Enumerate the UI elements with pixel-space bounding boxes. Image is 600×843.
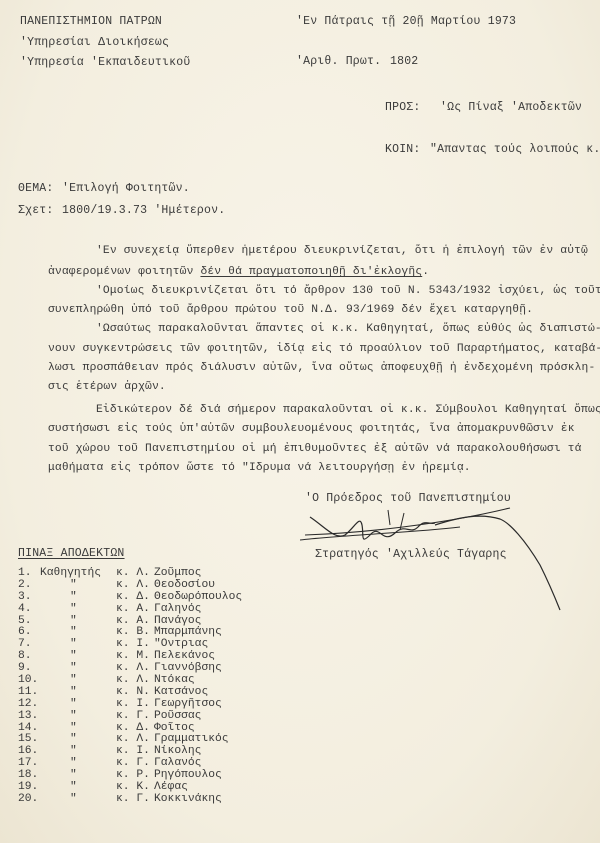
- row-role: ": [70, 592, 77, 604]
- row-number: 3.: [18, 592, 32, 604]
- body-line-7: λωσι προσπάθειαν πρός διάλυσιν αὐτῶν, ἵν…: [48, 362, 595, 374]
- row-role: ": [70, 699, 77, 711]
- body-line-1: 'Εν συνεχείᾳ ὕπερθεν ἡμετέρου διευκρινίζ…: [96, 245, 588, 257]
- row-title: κ. Γ.: [116, 794, 150, 806]
- row-number: 20.: [18, 794, 38, 806]
- body-line-5: 'Ωσαύτως παρακαλοῦνται ἅπαντες οἱ κ.κ. Κ…: [96, 323, 600, 335]
- row-name: Γεωργῆτσος: [154, 699, 222, 711]
- row-number: 13.: [18, 711, 38, 723]
- row-name: Θεοδωρόπουλος: [154, 592, 242, 604]
- reference-value: 1800/19.3.73 'Ημέτερον.: [62, 204, 225, 217]
- row-number: 2.: [18, 580, 32, 592]
- body-line-9: Εἰδικώτερον δέ διά σήμερον παρακαλοῦνται…: [96, 404, 600, 416]
- department-education: 'Υπηρεσία 'Εκπαιδευτικοῦ: [20, 56, 190, 69]
- letter-page: ΠΑΝΕΠΙΣΤΗΜΙΟΝ ΠΑΤΡΩΝ 'Υπηρεσίαι Διοικήσε…: [0, 0, 600, 843]
- row-role: ": [70, 711, 77, 723]
- body-line-4: συνεπληρώθη ὑπό τοῦ ἄρθρου πρώτου τοῦ Ν.…: [48, 304, 533, 316]
- row-name: Θεοδοσίου: [154, 580, 215, 592]
- institution-name: ΠΑΝΕΠΙΣΤΗΜΙΟΝ ΠΑΤΡΩΝ: [20, 15, 162, 28]
- signatory-title: 'Ο Πρόεδρος τοῦ Πανεπιστημίου: [305, 492, 511, 505]
- row-number: 12.: [18, 699, 38, 711]
- to-label: ΠΡΟΣ:: [385, 101, 421, 114]
- protocol-number: 1802: [390, 55, 418, 68]
- reference-label: Σχετ:: [18, 204, 54, 217]
- period: .: [422, 266, 429, 278]
- body-line-10: συστήσωσι εἰς τούς ὑπ'αὐτῶν συμβουλευομέ…: [48, 423, 575, 435]
- protocol-label: 'Αριθ. Πρωτ.: [296, 55, 381, 68]
- body-line-6: νουν συγκεντρώσεις τῶν φοιτητῶν, ἰδίᾳ εἰ…: [48, 343, 600, 355]
- body-line-8: σις ἑτέρων ἀρχῶν.: [48, 381, 166, 393]
- cc-value: "Απαντας τούς λοιπούς κ. Καθηγητάς.: [430, 143, 600, 156]
- place-date: 'Εν Πάτραις τῇ 20ῇ Μαρτίου 1973: [296, 15, 516, 28]
- body-line-11: τοῦ χώρου τοῦ Πανεπιστημίου οἱ μή ἐπιθυμ…: [48, 443, 582, 455]
- subject-label: ΘΕΜΑ:: [18, 182, 54, 195]
- to-value: 'Ως Πίναξ 'Αποδεκτῶν: [440, 101, 582, 114]
- row-number: 4.: [18, 604, 32, 616]
- body-line-3: 'Ομοίως διευκρινίζεται ὅτι τό ἄρθρον 130…: [96, 285, 600, 297]
- cc-label: ΚΟΙΝ:: [385, 143, 421, 156]
- signatory-name: Στρατηγός 'Αχιλλεύς Τάγαρης: [315, 548, 507, 561]
- subject-value: 'Επιλογή Φοιτητῶν.: [62, 182, 190, 195]
- emphasized-text: δέν θά πραγματοποιηθῇ δι'ἐκλογῆς: [200, 266, 422, 278]
- row-role: ": [70, 604, 77, 616]
- body-text: ἀναφερομένων φοιτητῶν: [48, 266, 194, 278]
- row-name: Ροῦσσας: [154, 711, 201, 723]
- row-name: Γαληνός: [154, 604, 201, 616]
- department-admin: 'Υπηρεσίαι Διοικήσεως: [20, 36, 169, 49]
- row-name: Κοκκινάκης: [154, 794, 222, 806]
- body-line-12: μαθήματα εἰς τρόπον ὥστε τό "Ιδρυμα νά λ…: [48, 462, 471, 474]
- row-role: ": [70, 794, 77, 806]
- body-line-2: ἀναφερομένων φοιτητῶν δέν θά πραγματοποι…: [48, 266, 429, 278]
- distribution-title: ΠΙΝΑΞ ΑΠΟΔΕΚΤΩΝ: [18, 547, 125, 560]
- row-role: ": [70, 580, 77, 592]
